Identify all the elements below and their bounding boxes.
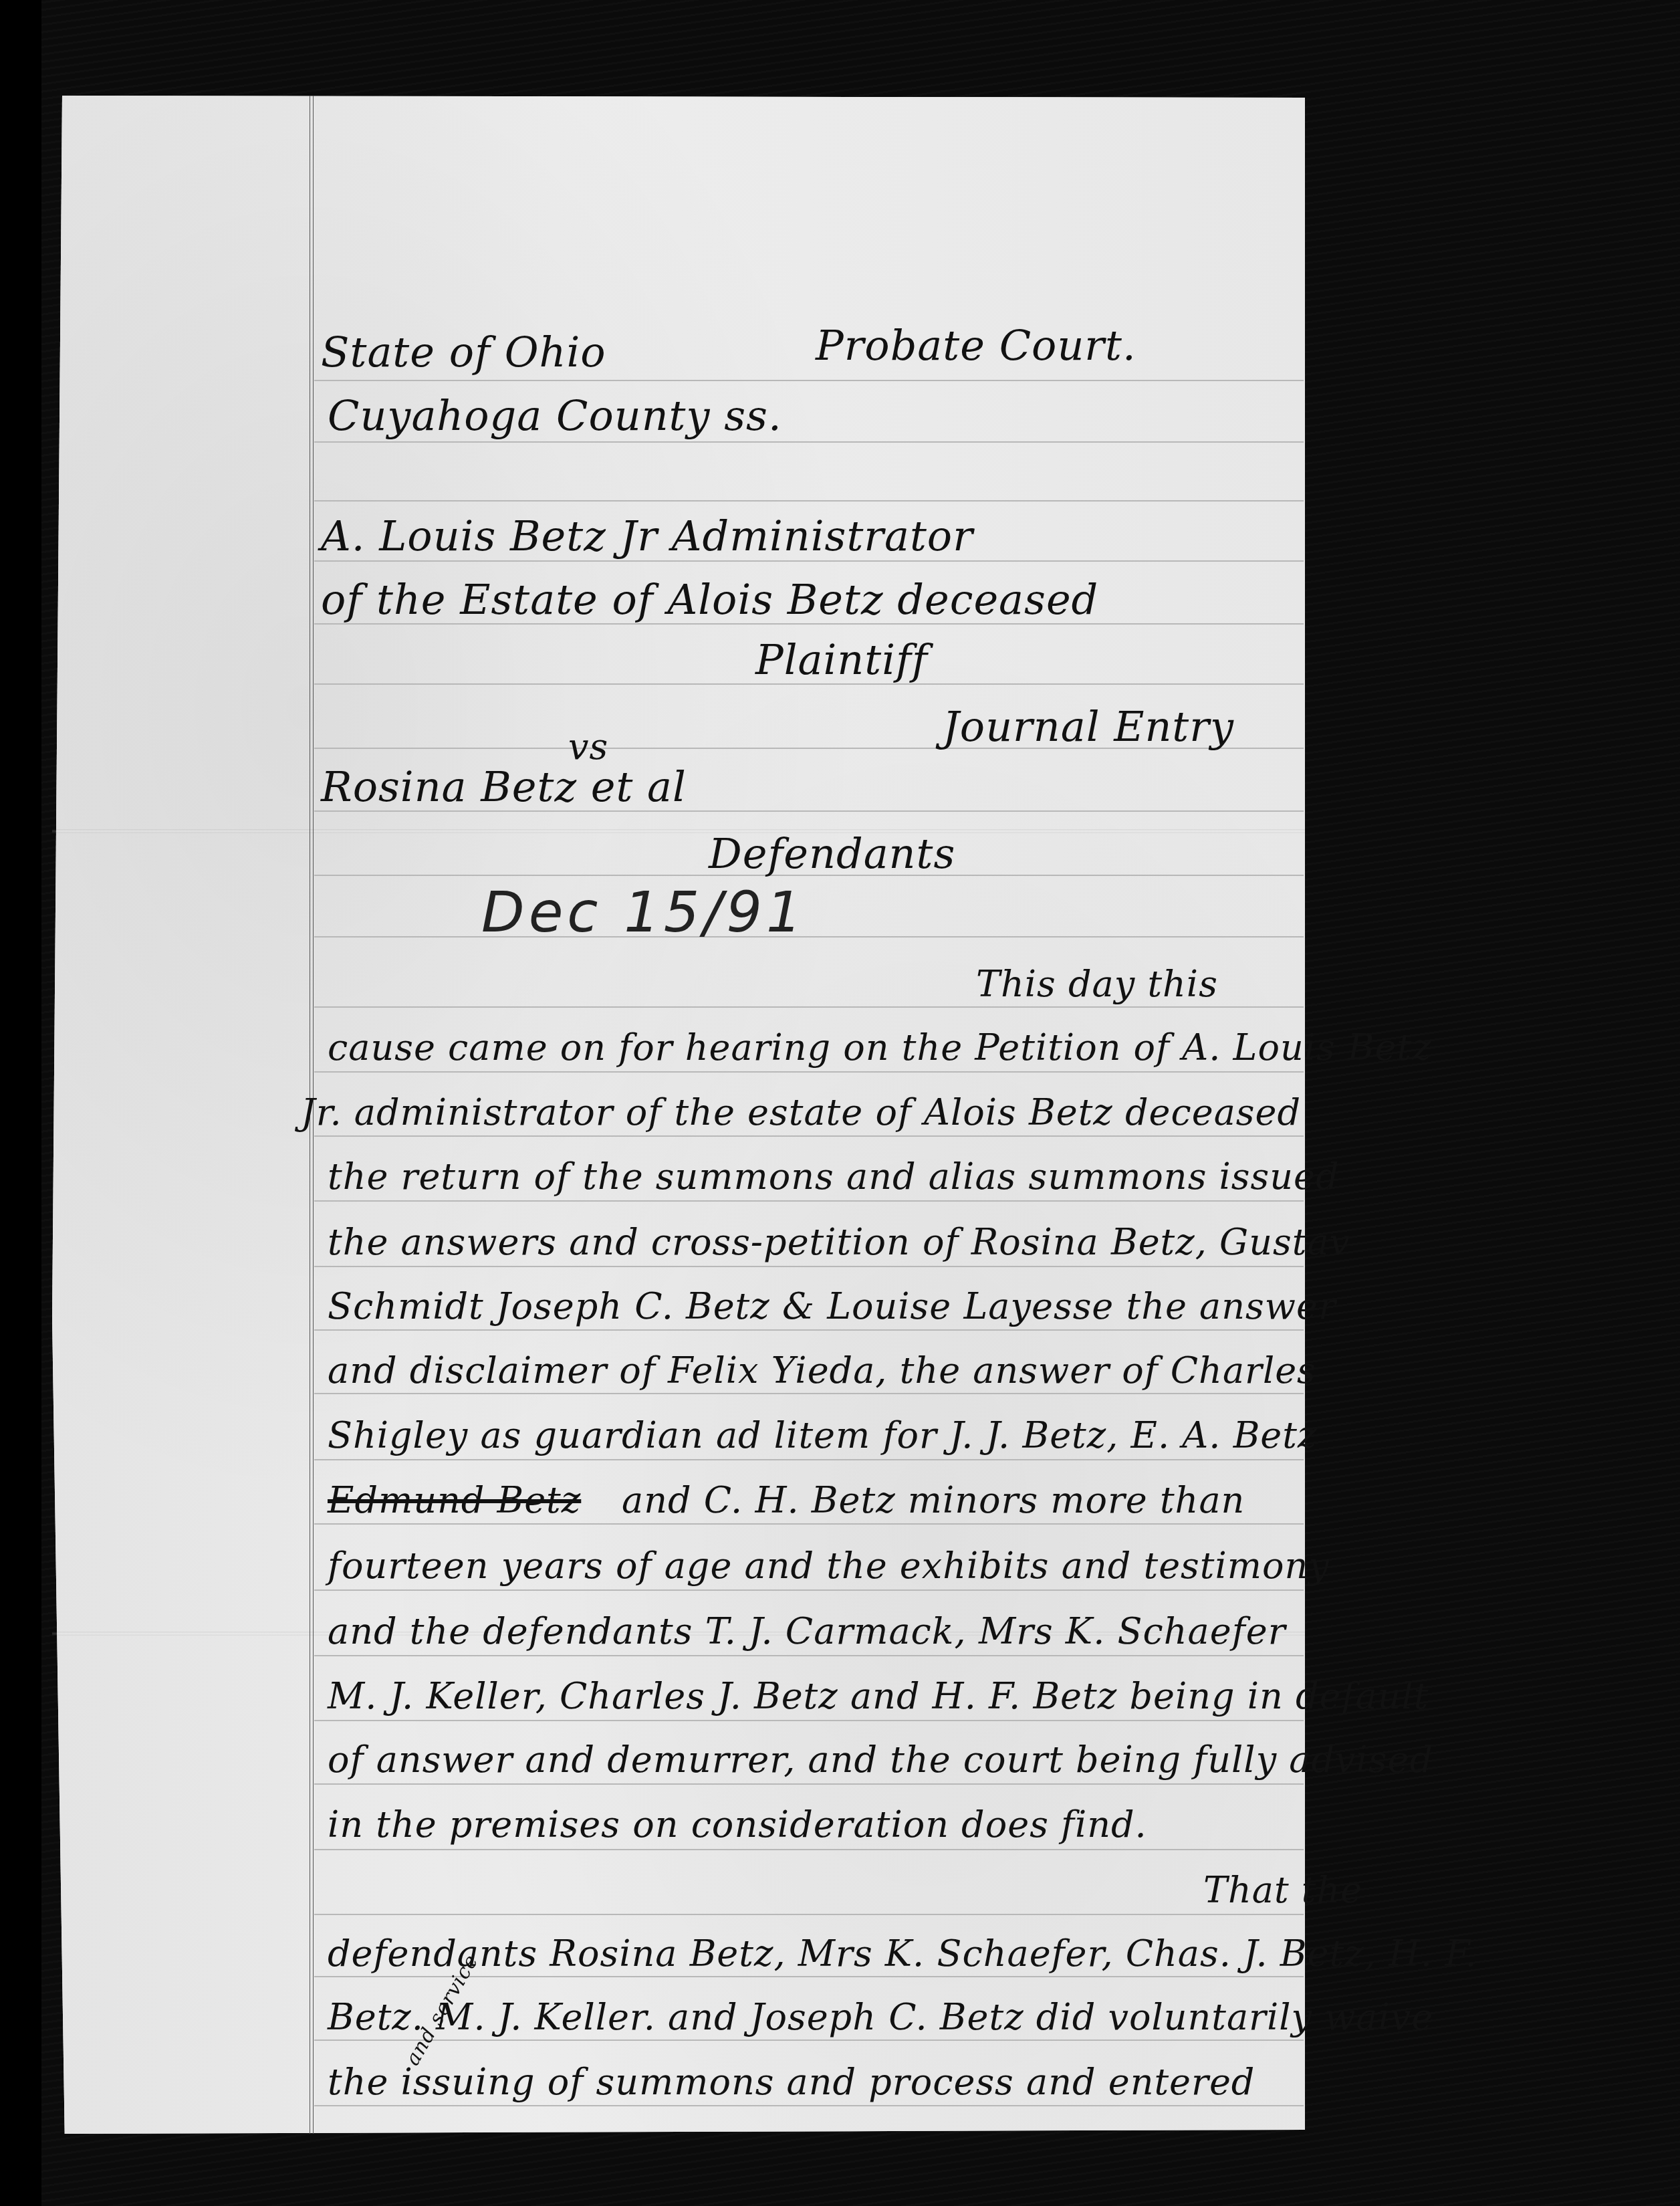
ruled-line: [314, 1329, 1304, 1331]
ruled-line: [314, 560, 1304, 562]
body-line: Betz. M. J. Keller. and Joseph C. Betz d…: [328, 1996, 1433, 2038]
ruled-line: [314, 2039, 1304, 2041]
plaintiff-name: A. Louis Betz Jr Administrator: [321, 512, 973, 560]
body-line: defendants Rosina Betz, Mrs K. Schaefer,…: [328, 1933, 1477, 1975]
body-line: the issuing of summons and process and e…: [328, 2061, 1255, 2103]
body-line: cause came on for hearing on the Petitio…: [328, 1026, 1432, 1069]
versus-label: vs: [568, 726, 608, 768]
court-heading: Probate Court.: [816, 321, 1136, 370]
ruled-line: [314, 1849, 1304, 1850]
body-line: in the premises on consideration does fi…: [328, 1803, 1147, 1846]
body-line: of answer and demurrer, and the court be…: [328, 1739, 1433, 1781]
body-line: and the defendants T. J. Carmack, Mrs K.…: [328, 1610, 1286, 1652]
body-line: the return of the summons and alias summ…: [328, 1155, 1340, 1198]
ruled-line: [314, 1200, 1304, 1202]
county-heading: Cuyahoga County ss.: [328, 391, 782, 440]
body-line: This day this: [976, 963, 1218, 1005]
plaintiff-label: Plaintiff: [755, 635, 928, 684]
body-line: and disclaimer of Felix Yieda, the answe…: [328, 1349, 1316, 1392]
ruled-line: [314, 1071, 1304, 1073]
state-heading: State of Ohio: [321, 328, 606, 376]
scan-edge: [0, 0, 41, 2206]
entry-title: Journal Entry: [943, 702, 1234, 751]
body-line: the answers and cross-petition of Rosina…: [328, 1221, 1350, 1263]
ruled-line: [314, 2105, 1304, 2106]
body-line: That the: [1203, 1869, 1362, 1911]
ruled-line: [314, 1459, 1304, 1460]
ruled-line: [314, 1914, 1304, 1915]
ruled-line: [314, 1783, 1304, 1785]
ruled-line: [314, 1006, 1304, 1008]
ruled-line: [314, 1720, 1304, 1721]
body-line: Schmidt Joseph C. Betz & Louise Layesse …: [328, 1285, 1336, 1327]
ruled-line: [314, 1266, 1304, 1267]
body-line: Shigley as guardian ad litem for J. J. B…: [328, 1414, 1317, 1456]
fold-crease: [52, 829, 1305, 833]
entry-date: Dec 15/91: [481, 879, 806, 945]
ruled-line: [314, 1589, 1304, 1591]
defendant-label: Defendants: [709, 829, 955, 878]
body-line: Jr. administrator of the estate of Alois…: [301, 1091, 1301, 1133]
ruled-line: [314, 1135, 1304, 1137]
ruled-line: [314, 1523, 1304, 1525]
struck-name: Edmund Betz: [328, 1479, 581, 1521]
ruled-line: [314, 500, 1304, 502]
ruled-line: [314, 1655, 1304, 1656]
body-line: and C. H. Betz minors more than: [622, 1479, 1245, 1521]
body-line: fourteen years of age and the exhibits a…: [328, 1545, 1330, 1587]
defendant-name: Rosina Betz et al: [321, 762, 687, 811]
ruled-line: [314, 936, 1304, 937]
ruled-line: [314, 1393, 1304, 1394]
body-line: M. J. Keller, Charles J. Betz and H. F. …: [328, 1675, 1429, 1717]
ruled-line: [314, 441, 1304, 443]
ruled-line: [314, 380, 1304, 381]
plaintiff-estate: of the Estate of Alois Betz deceased: [321, 575, 1098, 624]
